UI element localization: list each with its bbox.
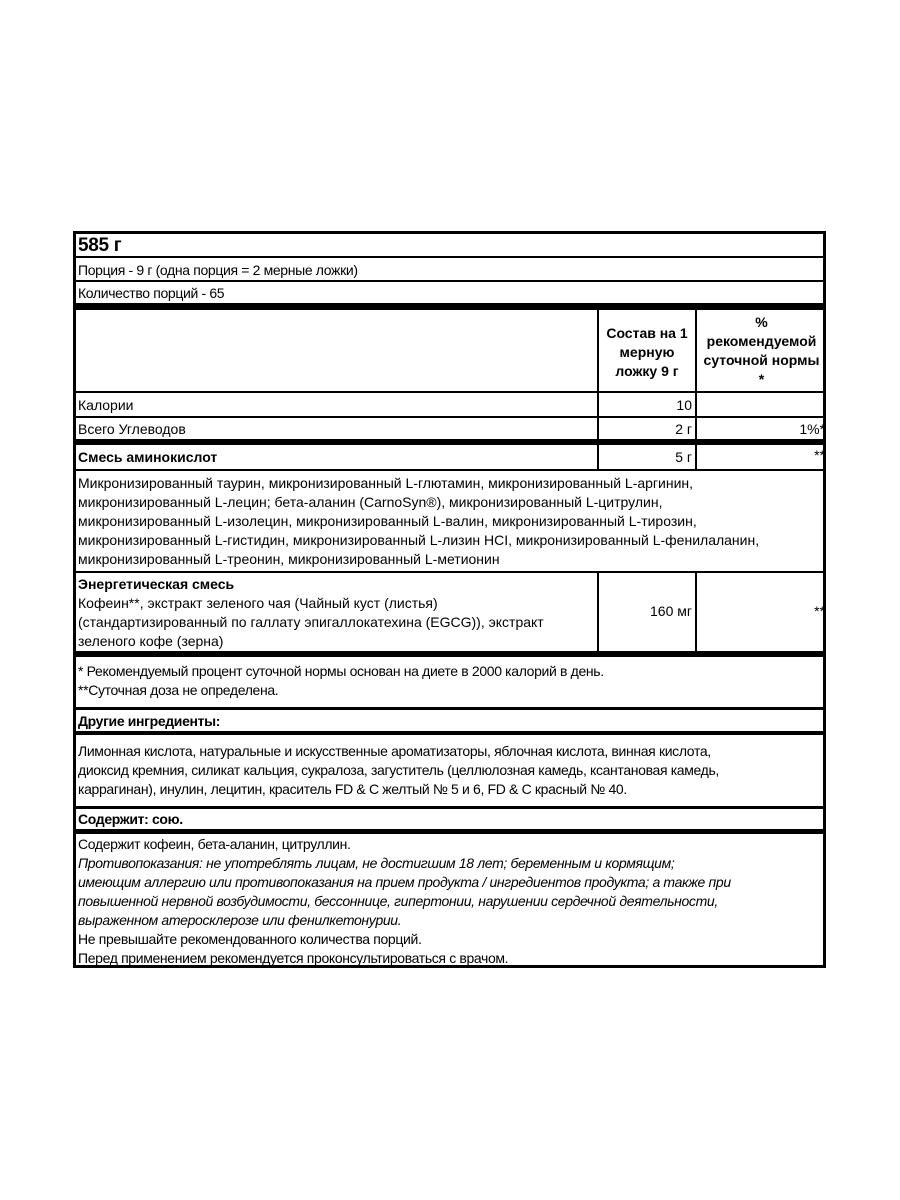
text-line: Лимонная кислота, натуральные и искусств… [78,742,719,761]
header-line: Состав на 1 [599,324,695,343]
header-line: рекомендуемой [697,332,826,351]
contraindications-line: имеющим аллергию или противопоказания на… [78,873,731,892]
text-line: Кофеин**, экстракт зеленого чая (Чайный … [78,594,544,613]
header-line: * [697,370,826,389]
text-line: микронизированный L-треонин, микронизиро… [78,550,759,569]
energy-blend: Энергетическая смесь Кофеин**, экстракт … [78,575,544,651]
do-not-exceed-statement: Не превышайте рекомендованного количеств… [78,930,731,949]
footnote: **Суточная доза не определена. [78,681,604,700]
row-calories-amount: 10 [599,396,692,415]
amount-column-header: Состав на 1 мерную ложку 9 г [599,324,695,381]
contraindications-line: выраженном атеросклерозе или фенилкетону… [78,911,731,930]
energy-blend-amount: 160 мг [599,602,692,621]
divider [76,806,823,809]
divider [76,416,823,418]
header-line: ложку 9 г [599,362,695,381]
row-amino-blend-amount: 5 г [599,448,692,467]
text-line: зеленого кофе (зерна) [78,632,544,651]
consult-doctor-statement: Перед применением рекомендуется проконсу… [78,949,731,968]
servings-count: Количество порций - 65 [78,284,224,303]
thick-divider [76,829,823,834]
text-line: диоксид кремния, силикат кальция, сукрал… [78,761,719,780]
text-line: микронизированный L-гистидин, микронизир… [78,531,759,550]
divider [76,391,823,393]
warnings: Содержит кофеин, бета-аланин, цитруллин.… [78,835,731,968]
divider [76,256,823,258]
row-carbs-amount: 2 г [599,420,692,439]
footnote: * Рекомендуемый процент суточной нормы о… [78,662,604,681]
supplement-facts-label: 585 г Порция - 9 г (одна порция = 2 мерн… [73,231,826,968]
header-line: суточной нормы [697,351,826,370]
other-ingredients-title: Другие ингредиенты: [78,712,220,731]
amino-blend-ingredients: Микронизированный таурин, микронизирован… [78,474,759,569]
row-amino-blend-name: Смесь аминокислот [78,448,217,467]
energy-blend-dv: ** [697,602,825,621]
text-line: Микронизированный таурин, микронизирован… [78,474,759,493]
divider [76,731,823,735]
net-weight: 585 г [78,235,121,257]
divider [76,571,823,573]
text-line: микронизированный L-изолецин, микронизир… [78,512,759,531]
daily-value-column-header: % рекомендуемой суточной нормы * [697,313,826,389]
allergen-statement: Содержит: сою. [78,810,183,829]
text-line: каррагинан), инулин, лецитин, краситель … [78,780,719,799]
text-line: микронизированный L-лецин; бета-аланин (… [78,493,759,512]
row-carbs-name: Всего Углеводов [78,420,186,439]
divider [76,469,823,471]
divider [76,280,823,282]
contraindications-line: повышенной нервной возбудимости, бессонн… [78,892,731,911]
thick-divider [76,303,823,310]
other-ingredients: Лимонная кислота, натуральные и искусств… [78,742,719,799]
contains-statement: Содержит кофеин, бета-аланин, цитруллин. [78,835,731,854]
energy-blend-title: Энергетическая смесь [78,575,544,594]
divider [76,707,823,710]
header-line: мерную [599,343,695,362]
contraindications-line: Противопоказания: не употреблять лицам, … [78,854,731,873]
text-line: (стандартизированный по галлату эпигалло… [78,613,544,632]
serving-size: Порция - 9 г (одна порция = 2 мерные лож… [78,261,358,280]
row-calories-name: Калории [78,396,133,415]
thick-divider [76,439,823,445]
thick-divider [76,651,823,657]
header-line: % [697,313,826,332]
row-amino-blend-dv: ** [697,446,825,465]
row-carbs-dv: 1%* [697,420,825,439]
footnotes: * Рекомендуемый процент суточной нормы о… [78,662,604,700]
